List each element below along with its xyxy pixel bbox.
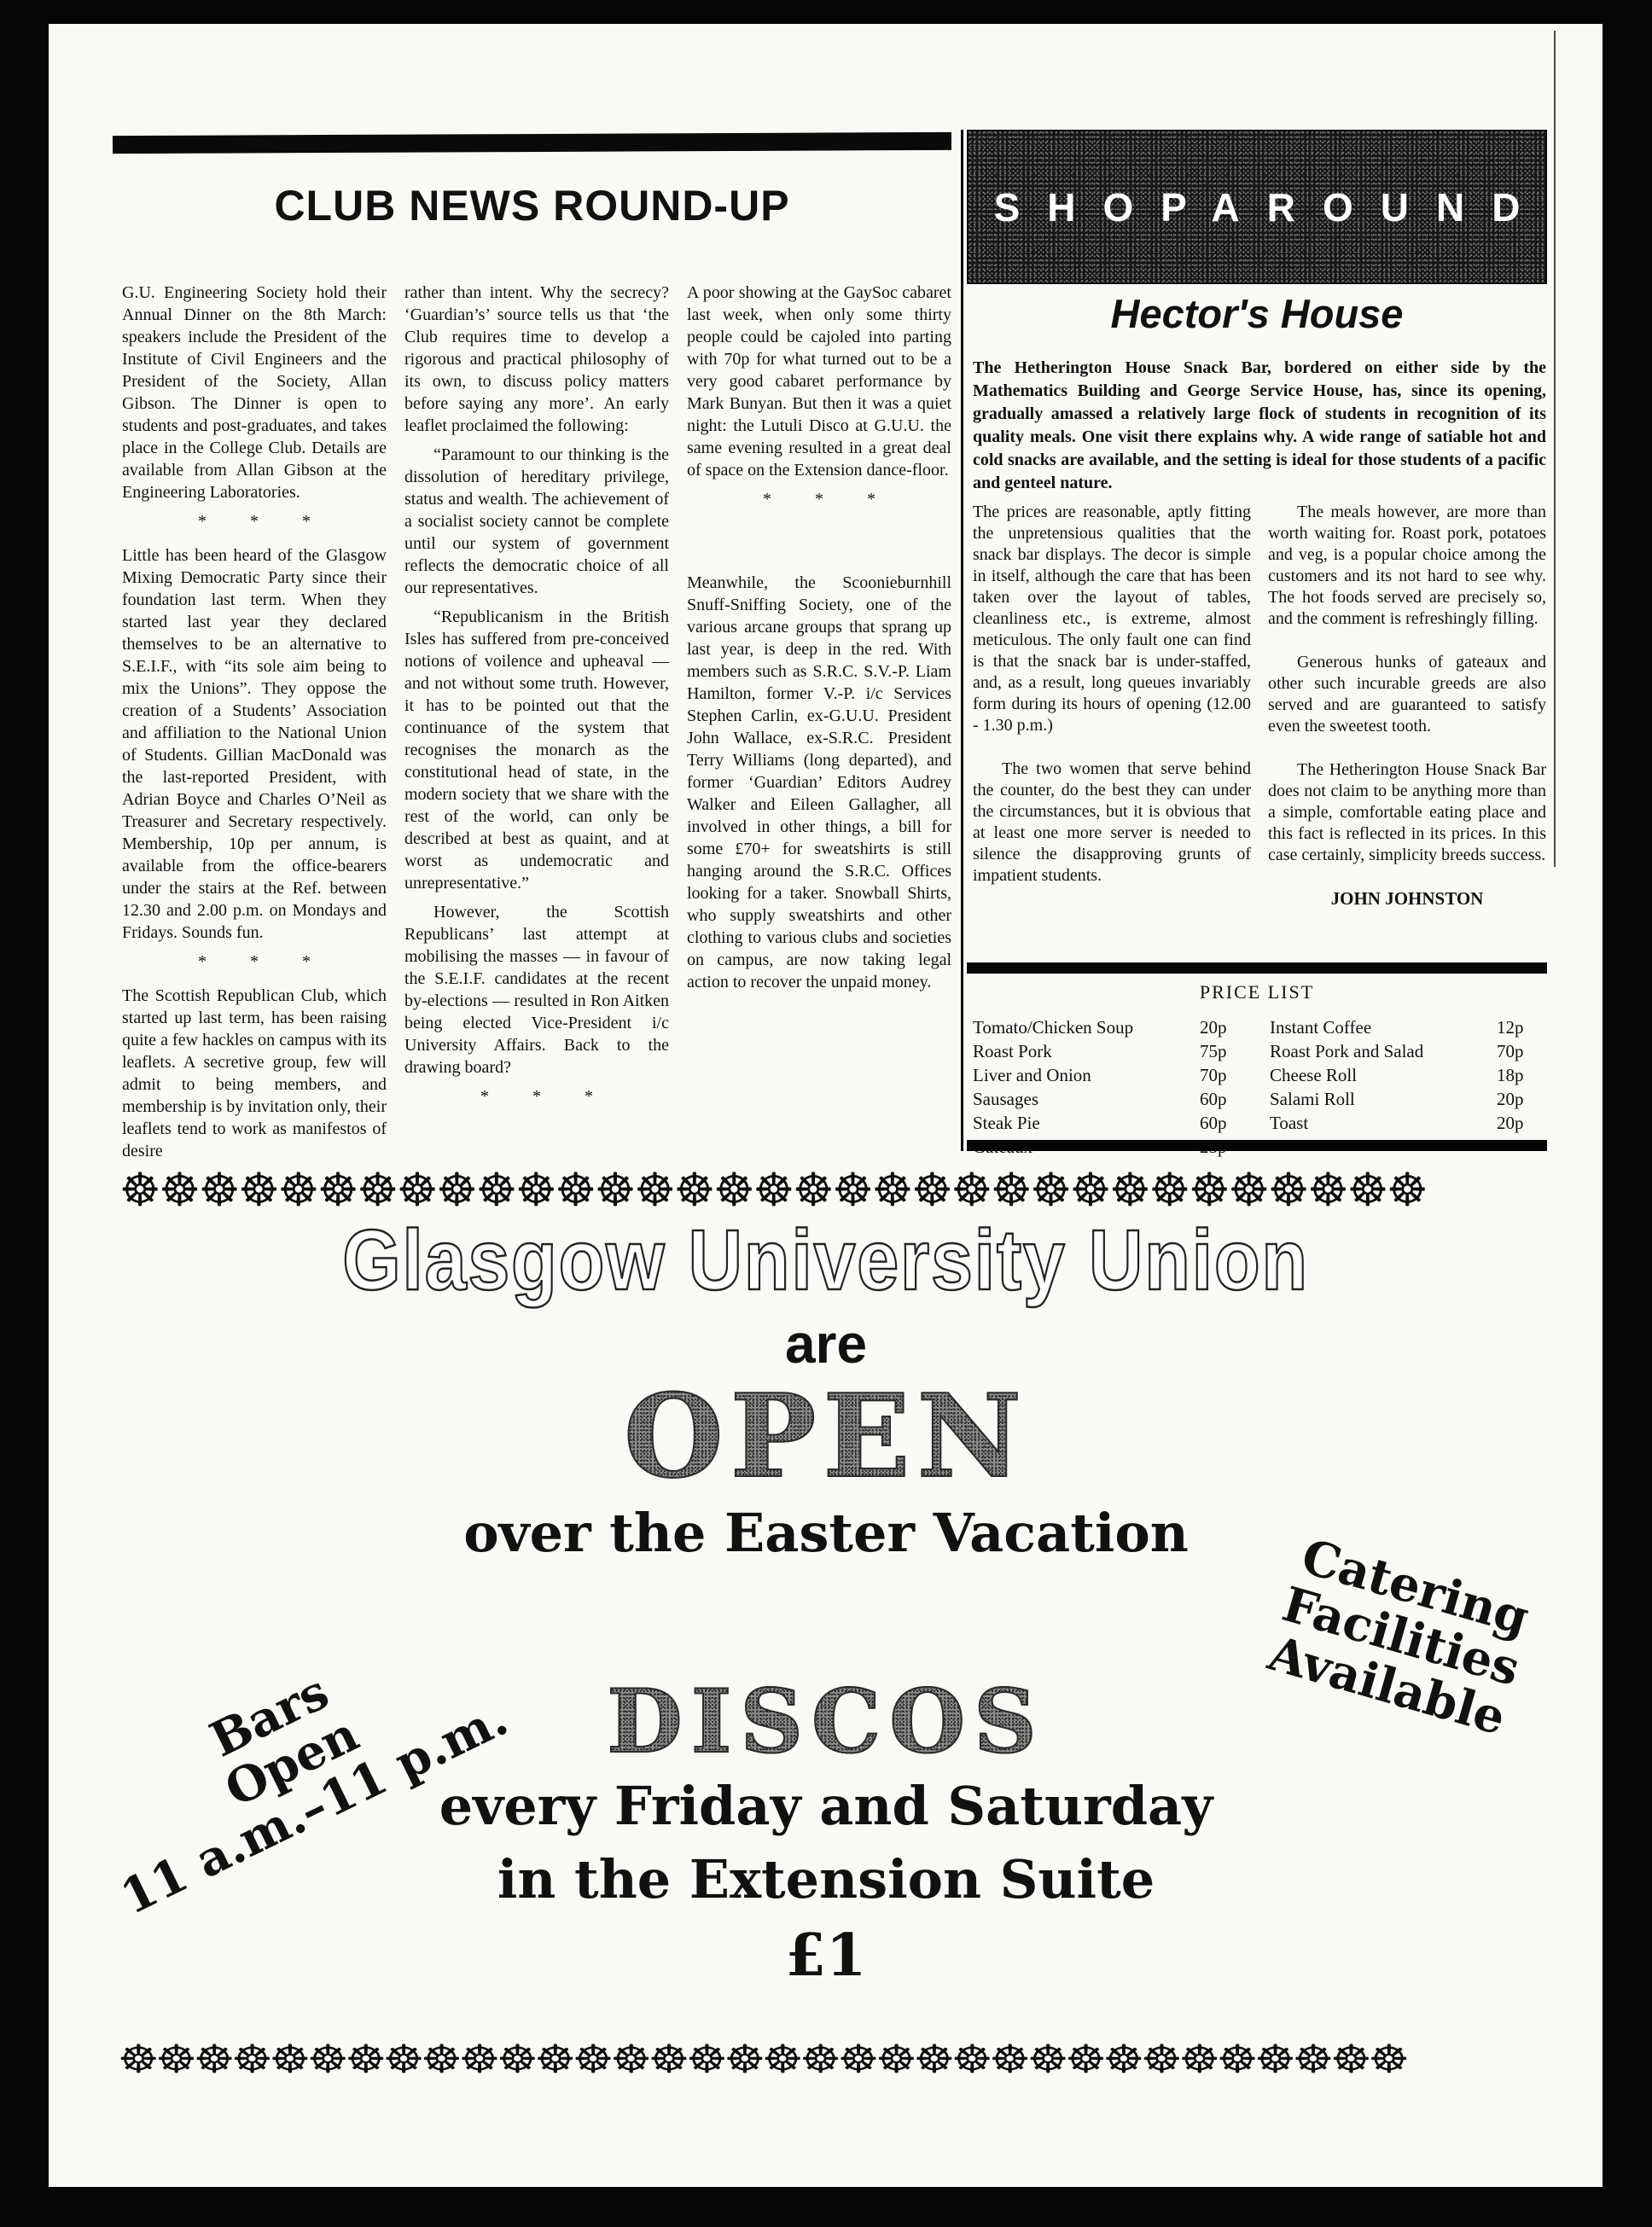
club-news-title: CLUB NEWS ROUND-UP <box>113 181 951 230</box>
stars-separator: * * * <box>122 510 387 532</box>
price-item-value: 20p <box>1497 1111 1546 1135</box>
price-list-column-left: Tomato/Chicken Soup20pRoast Pork75pLiver… <box>973 1015 1249 1159</box>
rosette-border-bottom: ☸☸☸☸☸☸☸☸☸☸☸☸☸☸☸☸☸☸☸☸☸☸☸☸☸☸☸☸☸☸☸☸☸☸ <box>118 2039 1563 2080</box>
article-byline: JOHN JOHNSTON <box>1268 888 1546 910</box>
price-item-value: 70p <box>1497 1039 1546 1063</box>
club-news-columns: G.U. Engineering Society hold their Annu… <box>122 282 951 1169</box>
price-list-column-right: Instant Coffee12pRoast Pork and Salad70p… <box>1270 1015 1546 1159</box>
price-item-value: 20p <box>1200 1015 1249 1039</box>
price-list-title: PRICE LIST <box>967 981 1547 1003</box>
union-outline-title: Glasgow University Union <box>0 1212 1652 1310</box>
club-news-column-3: A poor showing at the GaySoc cabaret las… <box>687 282 951 1169</box>
price-item-label: Roast Pork <box>973 1039 1200 1063</box>
price-list-top-rule <box>967 962 1547 974</box>
hectors-house-columns: The prices are reasonable, aptly fitting… <box>973 502 1546 910</box>
paragraph: The Scottish Republican Club, which star… <box>122 985 387 1162</box>
price-list-bottom-rule <box>967 1140 1547 1151</box>
paragraph: “Republicanism in the British Isles has … <box>404 606 669 894</box>
paragraph: G.U. Engineering Society hold their Annu… <box>122 282 387 503</box>
price-row: Instant Coffee12p <box>1270 1015 1546 1039</box>
price-row: Cheese Roll18p <box>1270 1063 1546 1087</box>
paragraph: rather than intent. Why the secrecy? ‘Gu… <box>404 282 669 437</box>
club-news-rule-bar <box>113 132 951 154</box>
price-row: Roast Pork and Salad70p <box>1270 1039 1546 1063</box>
paragraph: Generous hunks of gateaux and other such… <box>1268 652 1546 737</box>
stars-separator: * * * <box>122 951 387 973</box>
friday-saturday-line: every Friday and Saturday <box>0 1775 1652 1837</box>
discos-display-text: DISCOS <box>0 1671 1652 1773</box>
price-item-label: Toast <box>1270 1111 1497 1135</box>
price-row: Steak Pie60p <box>973 1111 1249 1135</box>
hectors-house-intro: The Hetherington House Snack Bar, border… <box>973 357 1546 495</box>
shoparound-left-rule <box>961 130 963 1151</box>
price-item-label: Sausages <box>973 1087 1200 1111</box>
hectors-house-column-right: The meals however, are more than worth w… <box>1268 502 1546 910</box>
price-item-value: 70p <box>1200 1063 1249 1087</box>
hectors-house-headline: Hector's House <box>967 290 1547 337</box>
club-news-column-2: rather than intent. Why the secrecy? ‘Gu… <box>404 282 669 1169</box>
paragraph: “Paramount to our thinking is the dissol… <box>404 444 669 599</box>
price-item-label: Instant Coffee <box>1270 1015 1497 1039</box>
price-item-label: Roast Pork and Salad <box>1270 1039 1497 1063</box>
stars-separator: * * * <box>404 1085 669 1108</box>
price-item-label: Salami Roll <box>1270 1087 1497 1111</box>
price-pound-line: £1 <box>0 1922 1652 1990</box>
hectors-house-column-right-text: The meals however, are more than worth w… <box>1268 502 1546 866</box>
hectors-house-column-left: The prices are reasonable, aptly fitting… <box>973 502 1251 910</box>
are-label: are <box>0 1312 1652 1375</box>
paragraph: However, the Scottish Republicans’ last … <box>404 901 669 1079</box>
price-row: Liver and Onion70p <box>973 1063 1249 1087</box>
price-item-label: Steak Pie <box>973 1111 1200 1135</box>
price-row: Roast Pork75p <box>973 1039 1249 1063</box>
paragraph: Little has been heard of the Glasgow Mix… <box>122 544 387 944</box>
paragraph: A poor showing at the GaySoc cabaret las… <box>687 282 951 481</box>
paragraph: Meanwhile, the Scoonieburnhill Snuff-Sni… <box>687 572 951 993</box>
price-item-value: 60p <box>1200 1111 1249 1135</box>
scan-frame-top <box>0 0 1652 24</box>
scan-frame-bottom <box>0 2187 1652 2227</box>
price-item-label: Liver and Onion <box>973 1063 1200 1087</box>
extension-suite-line: in the Extension Suite <box>0 1848 1652 1910</box>
price-row: Tomato/Chicken Soup20p <box>973 1015 1249 1039</box>
price-item-value: 20p <box>1497 1087 1546 1111</box>
shoparound-banner-label: SHOPAROUND <box>967 184 1548 230</box>
newspaper-page: { "club_news": { "title": "CLUB NEWS ROU… <box>0 0 1652 2227</box>
price-row: Sausages60p <box>973 1087 1249 1111</box>
union-outline-title-text: Glasgow University Union <box>343 1212 1310 1310</box>
shoparound-banner: SHOPAROUND <box>967 130 1547 284</box>
stars-separator: * * * <box>687 488 951 510</box>
price-list: Tomato/Chicken Soup20pRoast Pork75pLiver… <box>973 1015 1546 1159</box>
club-news-column-1: G.U. Engineering Society hold their Annu… <box>122 282 387 1169</box>
paragraph: The two women that serve behind the coun… <box>973 759 1251 887</box>
price-item-value: 12p <box>1497 1015 1546 1039</box>
price-item-value: 60p <box>1200 1087 1249 1111</box>
price-item-value: 18p <box>1497 1063 1546 1087</box>
price-row: Toast20p <box>1270 1111 1546 1135</box>
rosette-border-top: ☸☸☸☸☸☸☸☸☸☸☸☸☸☸☸☸☸☸☸☸☸☸☸☸☸☸☸☸☸☸☸☸☸ <box>119 1166 1533 1217</box>
open-display-text: OPEN <box>0 1369 1652 1503</box>
paragraph: The prices are reasonable, aptly fitting… <box>973 502 1251 736</box>
page-edge-artifact-line <box>1554 31 1556 867</box>
price-row: Salami Roll20p <box>1270 1087 1546 1111</box>
paragraph: The Hetherington House Snack Bar does no… <box>1268 759 1546 866</box>
price-item-label: Tomato/Chicken Soup <box>973 1015 1200 1039</box>
price-item-label: Cheese Roll <box>1270 1063 1497 1087</box>
price-item-value: 75p <box>1200 1039 1249 1063</box>
paragraph: The meals however, are more than worth w… <box>1268 502 1546 630</box>
